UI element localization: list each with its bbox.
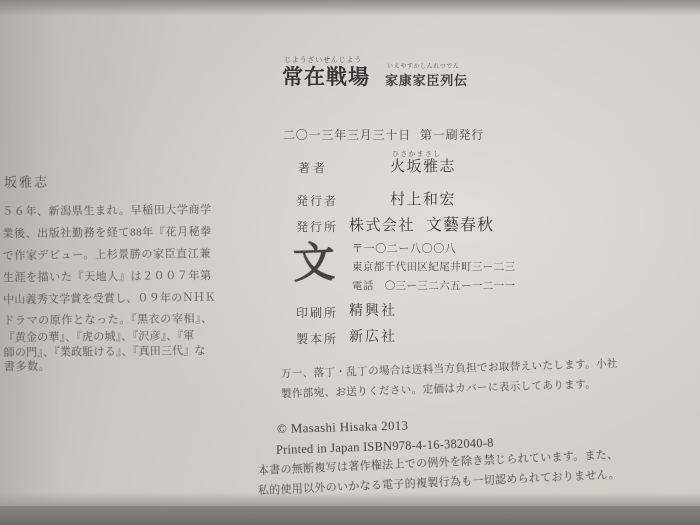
page-bottom-edge — [0, 492, 700, 506]
bungeishunju-logo-icon: 文 — [292, 242, 335, 285]
return-policy-line1: 万一、落丁・乱丁の場合は送料当方負担でお取替えいたします。小社 — [281, 359, 618, 380]
binder-name: 新広社 — [349, 331, 397, 345]
subtitle-furigana: いえやすかしんれつでん — [387, 64, 459, 70]
postal-code: 〒一〇二ー八〇〇八 — [352, 244, 456, 255]
publishing-house-company: 株式会社 — [349, 219, 415, 234]
publisher-name: 村上和宏 — [390, 193, 456, 208]
book-subtitle: 家康家臣列伝 — [385, 74, 468, 87]
bio-line: 師の門』、『業政駈ける』、『真田三代』な — [4, 346, 206, 359]
bio-line: ５６年、新潟県生まれ。早稲田大学商学 — [2, 205, 212, 218]
address-line: 東京都千代田区紀尾井町三ー二三 — [352, 263, 516, 274]
edition-date: 二〇一三年三月三十日 — [283, 129, 411, 141]
book-title: 常在戦場 — [282, 67, 370, 88]
bio-line: 書多数。 — [4, 361, 51, 372]
book-colophon-photo: 坂雅志 ５６年、新潟県生まれ。早稲田大学商学 業後、出版社勤務を経て88年『花月… — [0, 0, 700, 525]
bio-line: 業後、出版社勤務を経て88年『花月秘拳 — [2, 227, 212, 240]
bio-author-name: 坂雅志 — [4, 175, 49, 188]
edition-number: 第一刷発行 — [420, 129, 484, 141]
bio-line: 『黄金の華』、『虎の城』、『沢彦』、『軍 — [3, 331, 194, 344]
printer-label: 印刷所 — [296, 307, 338, 319]
bio-line: 中山義秀文学賞を受賞し、０９年のＮＨＫ — [3, 293, 216, 306]
author-furigana: ひさかまさし — [392, 151, 441, 158]
publishing-house-label: 発行所 — [296, 221, 338, 233]
desk-surface — [0, 506, 700, 525]
bio-line: で作家デビュー。上杉景勝の家臣直江兼 — [3, 249, 211, 262]
title-furigana: じようざいせんじよう — [284, 57, 362, 64]
bio-line: 生涯を描いた『天地人』は２００７年第 — [3, 271, 212, 284]
printer-name: 精興社 — [349, 305, 397, 319]
author-bio-block: 坂雅志 ５６年、新潟県生まれ。早稲田大学商学 業後、出版社勤務を経て88年『花月… — [0, 0, 244, 420]
return-policy-line2: 製作部宛、お送りください。定価はカバーに表示してあります。 — [281, 380, 596, 400]
phone-line: 電話 〇三ー三二六五ー一二一一 — [352, 282, 516, 293]
publishing-house-name: 文藝春秋 — [426, 218, 494, 234]
author-label: 著者 — [298, 162, 328, 174]
isbn-line: Printed in Japan ISBN978-4-16-382040-8 — [276, 437, 494, 457]
publisher-label: 発行者 — [296, 195, 338, 207]
author-name: 火坂雅志 — [390, 160, 456, 175]
binder-label: 製本所 — [296, 333, 338, 345]
copyright-line: © Masashi Hisaka 2013 — [277, 419, 409, 435]
bio-line: ドラマの原作となった。『黒衣の宰相』、 — [3, 314, 213, 327]
